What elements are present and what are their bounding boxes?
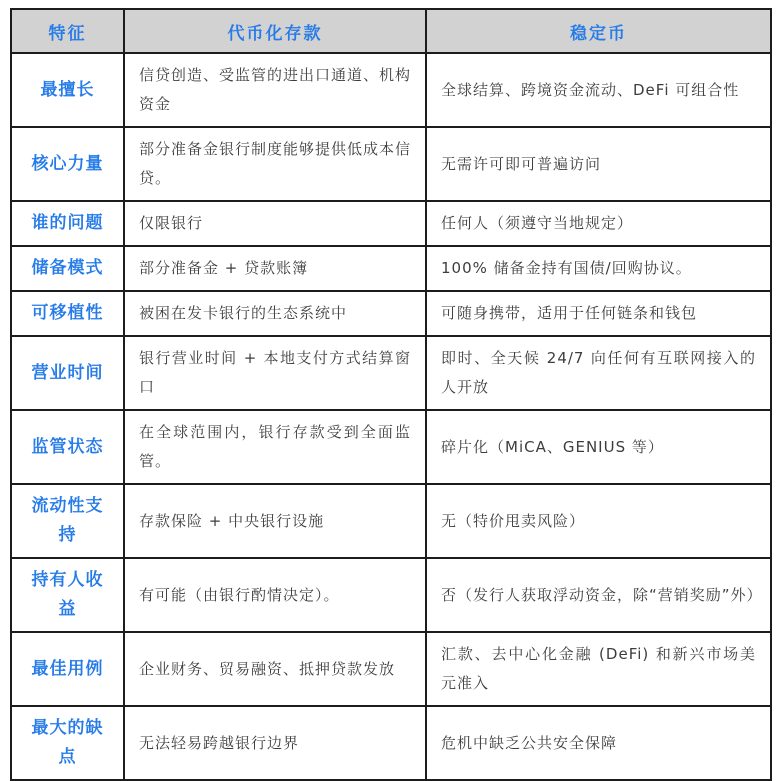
feature-cell: 持有人收益 bbox=[11, 558, 124, 632]
tokenized-deposit-cell: 仅限银行 bbox=[124, 201, 426, 246]
comparison-table: 特征 代币化存款 稳定币 最擅长 信贷创造、受监管的进出口通道、机构资金 全球结… bbox=[10, 8, 772, 781]
feature-cell: 可移植性 bbox=[11, 291, 124, 336]
table-row: 流动性支持 存款保险 + 中央银行设施 无（特价甩卖风险） bbox=[11, 484, 771, 558]
stablecoin-cell: 任何人（须遵守当地规定） bbox=[426, 201, 771, 246]
feature-cell: 核心力量 bbox=[11, 127, 124, 201]
stablecoin-cell: 无（特价甩卖风险） bbox=[426, 484, 771, 558]
tokenized-deposit-cell: 银行营业时间 + 本地支付方式结算窗口 bbox=[124, 336, 426, 410]
table-row: 监管状态 在全球范围内，银行存款受到全面监管。 碎片化（MiCA、GENIUS … bbox=[11, 410, 771, 484]
feature-cell: 营业时间 bbox=[11, 336, 124, 410]
stablecoin-cell: 否（发行人获取浮动资金，除“营销奖励”外） bbox=[426, 558, 771, 632]
table-header-row: 特征 代币化存款 稳定币 bbox=[11, 9, 771, 53]
tokenized-deposit-cell: 部分准备金银行制度能够提供低成本信贷。 bbox=[124, 127, 426, 201]
table-row: 最佳用例 企业财务、贸易融资、抵押贷款发放 汇款、去中心化金融 (DeFi) 和… bbox=[11, 632, 771, 706]
tokenized-deposit-cell: 部分准备金 + 贷款账簿 bbox=[124, 246, 426, 291]
table-row: 最擅长 信贷创造、受监管的进出口通道、机构资金 全球结算、跨境资金流动、DeFi… bbox=[11, 53, 771, 127]
tokenized-deposit-cell: 存款保险 + 中央银行设施 bbox=[124, 484, 426, 558]
feature-cell: 谁的问题 bbox=[11, 201, 124, 246]
feature-cell: 监管状态 bbox=[11, 410, 124, 484]
feature-cell: 最佳用例 bbox=[11, 632, 124, 706]
stablecoin-cell: 全球结算、跨境资金流动、DeFi 可组合性 bbox=[426, 53, 771, 127]
table-row: 谁的问题 仅限银行 任何人（须遵守当地规定） bbox=[11, 201, 771, 246]
stablecoin-cell: 碎片化（MiCA、GENIUS 等） bbox=[426, 410, 771, 484]
feature-cell: 储备模式 bbox=[11, 246, 124, 291]
stablecoin-cell: 危机中缺乏公共安全保障 bbox=[426, 706, 771, 780]
header-cell-stablecoin: 稳定币 bbox=[426, 9, 771, 53]
table-row: 最大的缺点 无法轻易跨越银行边界 危机中缺乏公共安全保障 bbox=[11, 706, 771, 780]
page: 特征 代币化存款 稳定币 最擅长 信贷创造、受监管的进出口通道、机构资金 全球结… bbox=[0, 0, 780, 776]
table-row: 储备模式 部分准备金 + 贷款账簿 100% 储备金持有国债/回购协议。 bbox=[11, 246, 771, 291]
stablecoin-cell: 100% 储备金持有国债/回购协议。 bbox=[426, 246, 771, 291]
tokenized-deposit-cell: 在全球范围内，银行存款受到全面监管。 bbox=[124, 410, 426, 484]
feature-cell: 最擅长 bbox=[11, 53, 124, 127]
table-row: 营业时间 银行营业时间 + 本地支付方式结算窗口 即时、全天候 24/7 向任何… bbox=[11, 336, 771, 410]
table-row: 核心力量 部分准备金银行制度能够提供低成本信贷。 无需许可即可普遍访问 bbox=[11, 127, 771, 201]
tokenized-deposit-cell: 无法轻易跨越银行边界 bbox=[124, 706, 426, 780]
stablecoin-cell: 可随身携带，适用于任何链条和钱包 bbox=[426, 291, 771, 336]
tokenized-deposit-cell: 有可能（由银行酌情决定）。 bbox=[124, 558, 426, 632]
tokenized-deposit-cell: 信贷创造、受监管的进出口通道、机构资金 bbox=[124, 53, 426, 127]
stablecoin-cell: 无需许可即可普遍访问 bbox=[426, 127, 771, 201]
table-row: 可移植性 被困在发卡银行的生态系统中 可随身携带，适用于任何链条和钱包 bbox=[11, 291, 771, 336]
feature-cell: 流动性支持 bbox=[11, 484, 124, 558]
feature-cell: 最大的缺点 bbox=[11, 706, 124, 780]
stablecoin-cell: 汇款、去中心化金融 (DeFi) 和新兴市场美元准入 bbox=[426, 632, 771, 706]
header-cell-tokenized-deposit: 代币化存款 bbox=[124, 9, 426, 53]
stablecoin-cell: 即时、全天候 24/7 向任何有互联网接入的人开放 bbox=[426, 336, 771, 410]
header-cell-feature: 特征 bbox=[11, 9, 124, 53]
tokenized-deposit-cell: 企业财务、贸易融资、抵押贷款发放 bbox=[124, 632, 426, 706]
tokenized-deposit-cell: 被困在发卡银行的生态系统中 bbox=[124, 291, 426, 336]
table-row: 持有人收益 有可能（由银行酌情决定）。 否（发行人获取浮动资金，除“营销奖励”外… bbox=[11, 558, 771, 632]
